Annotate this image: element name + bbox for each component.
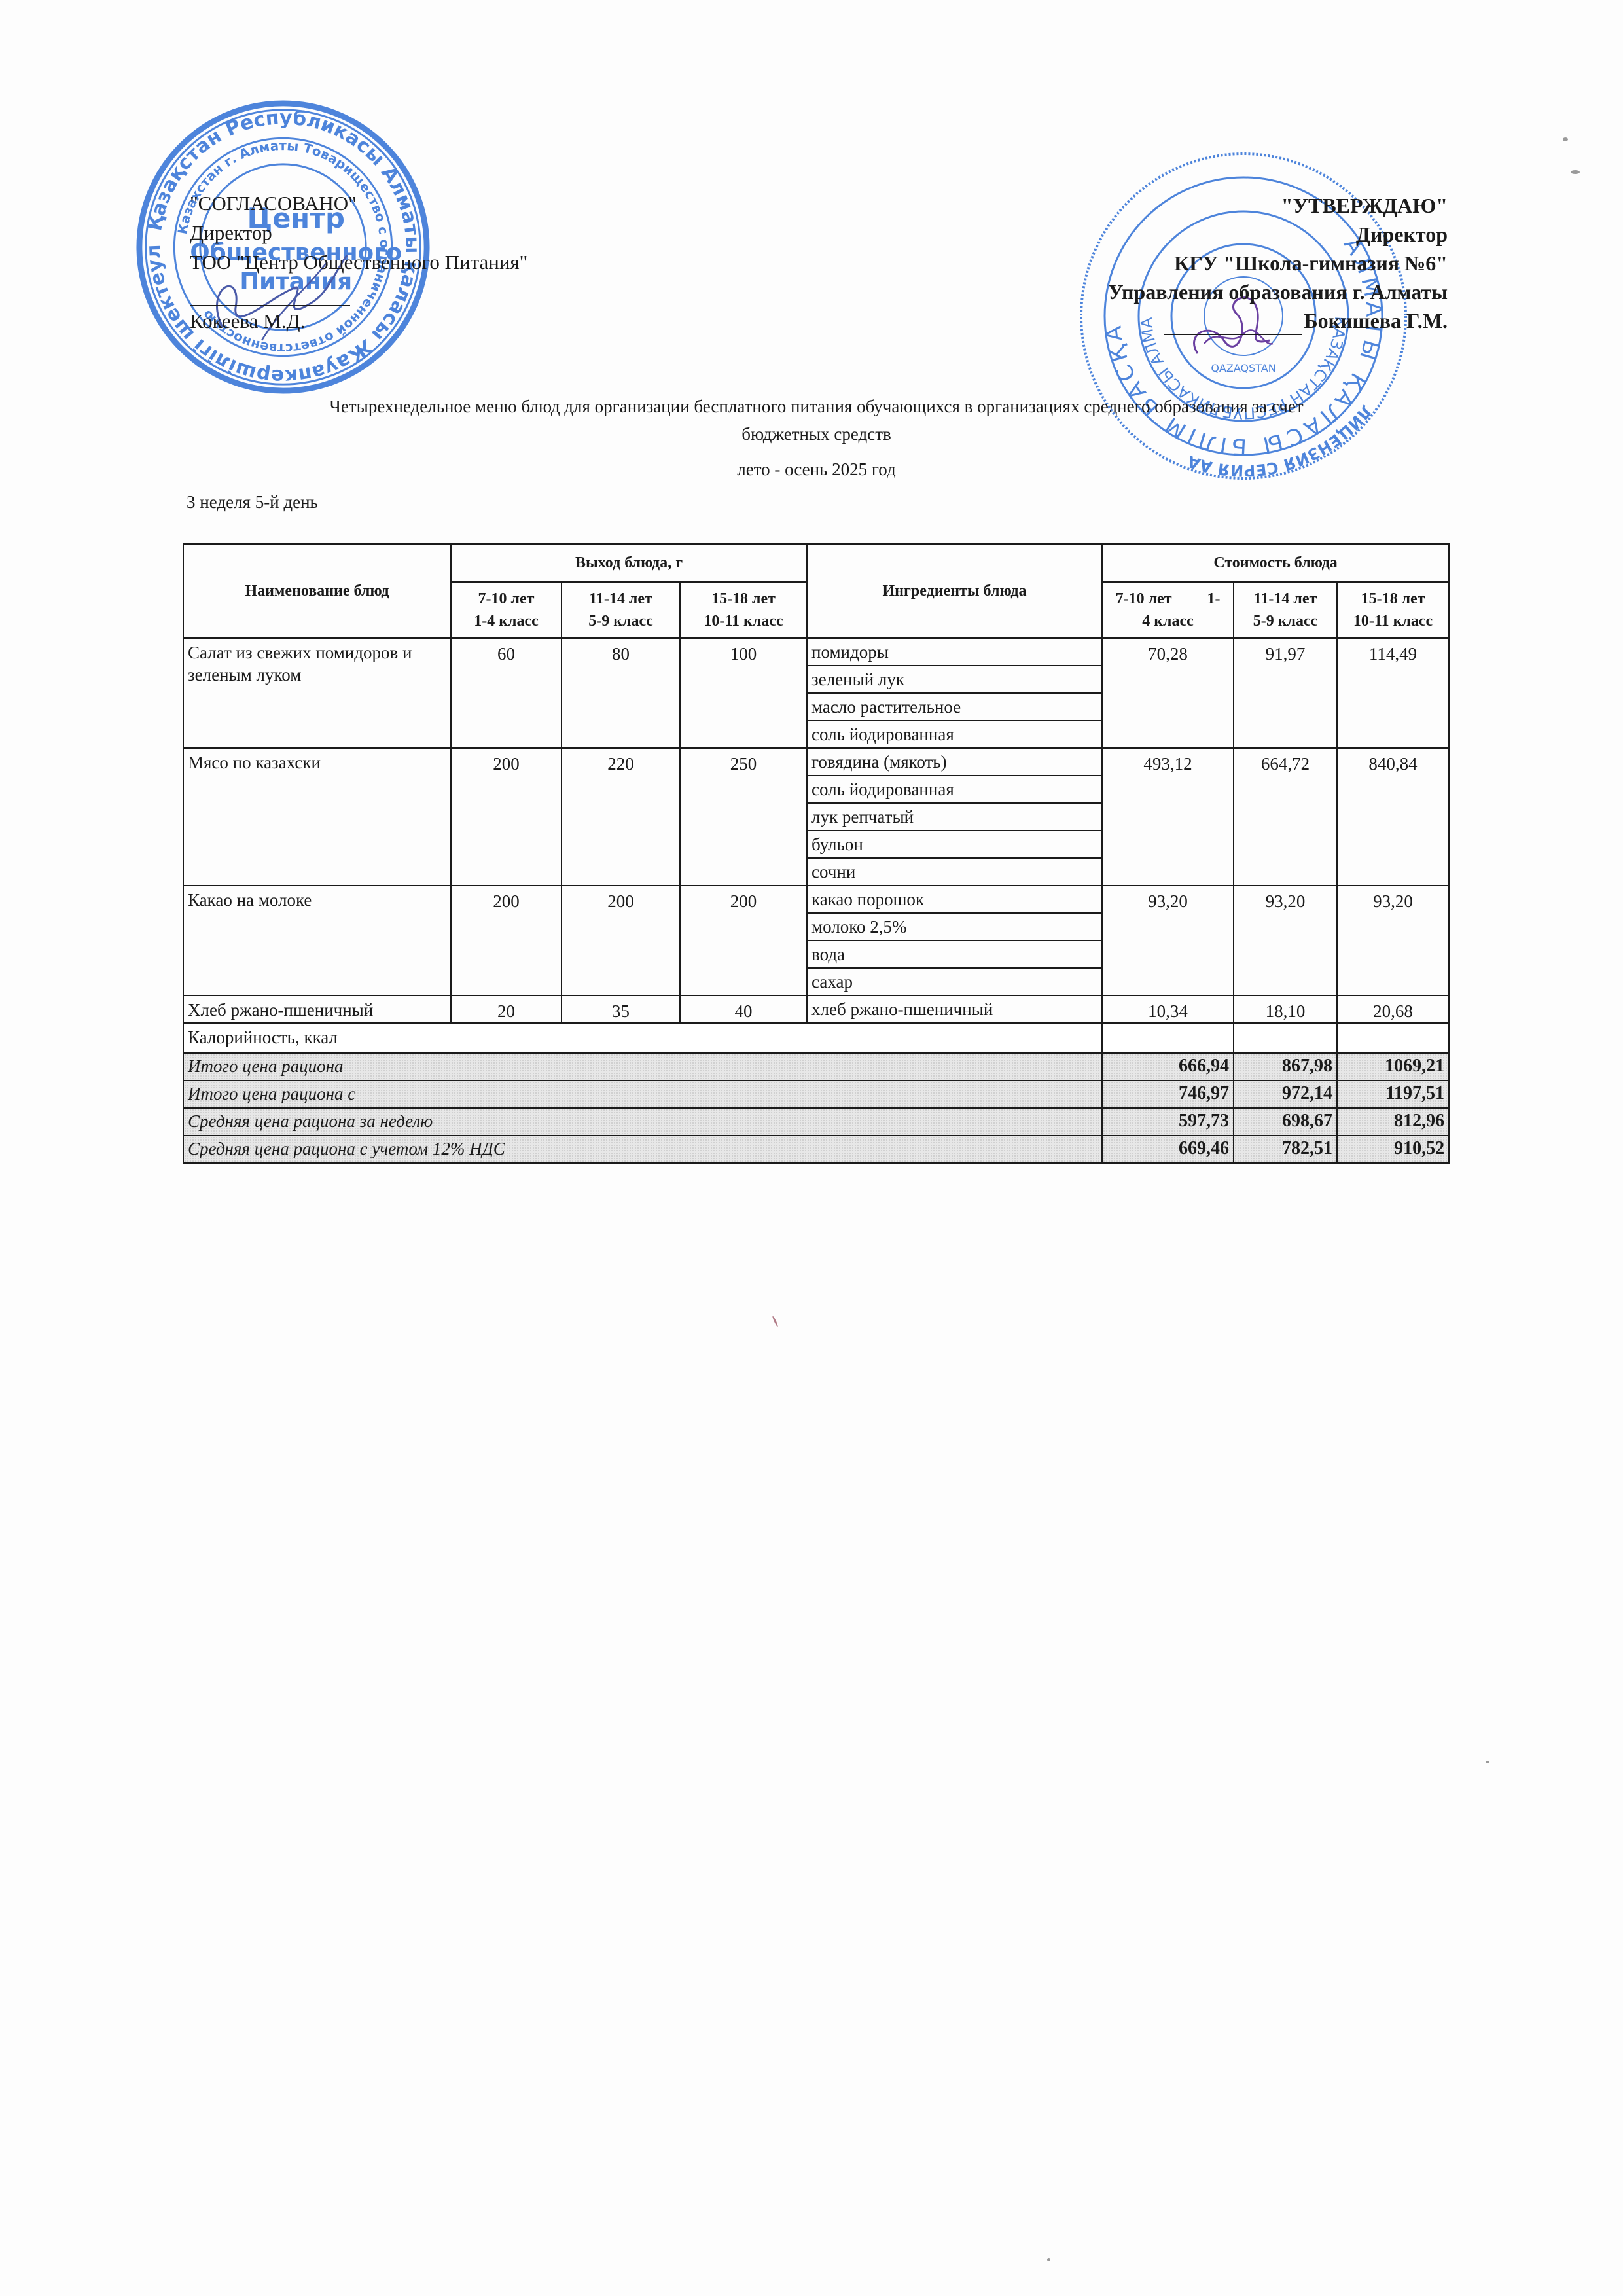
- ingredient-cell: молоко 2,5%: [807, 913, 1102, 941]
- calories-row: Калорийность, ккал: [183, 1023, 1449, 1053]
- header-cost-col: 15-18 лет 10-11 класс: [1337, 582, 1449, 638]
- cost-cell: 93,20: [1234, 886, 1337, 996]
- document-title: Четырехнедельное меню блюд для организац…: [183, 393, 1450, 483]
- cost-cell: 20,68: [1337, 996, 1449, 1023]
- summary-value: 1197,51: [1337, 1081, 1449, 1108]
- summary-label: Итого цена рациона: [183, 1053, 1102, 1081]
- summary-value: 782,51: [1234, 1136, 1337, 1163]
- ingredient-cell: соль йодированная: [807, 721, 1102, 748]
- approval-block-agreed: "СОГЛАСОВАНО" Директор ТОО "Центр Общест…: [190, 188, 527, 336]
- summary-label: Итого цена рациона с: [183, 1081, 1102, 1108]
- summary-value: 597,73: [1102, 1108, 1234, 1136]
- week-day-label: 3 неделя 5-й день: [187, 492, 318, 512]
- cost-cell: 91,97: [1234, 638, 1337, 748]
- scan-speck: [1571, 170, 1580, 174]
- dish-name-cell: Мясо по казахски: [183, 748, 451, 886]
- ingredient-cell: хлеб ржано-пшеничный: [807, 996, 1102, 1023]
- summary-value: 746,97: [1102, 1081, 1234, 1108]
- table-row: Какао на молоке200200200какао порошок93,…: [183, 886, 1449, 913]
- summary-value: 1069,21: [1337, 1053, 1449, 1081]
- cost-cell: 493,12: [1102, 748, 1234, 886]
- approved-department: Управления образования г. Алматы: [1108, 278, 1448, 306]
- dish-name-cell: Какао на молоке: [183, 886, 451, 996]
- yield-cell: 80: [562, 638, 680, 748]
- yield-cell: 200: [451, 886, 562, 996]
- header-yield-group: Выход блюда, г: [451, 544, 807, 582]
- header-cost-col: 11-14 лет 5-9 класс: [1234, 582, 1337, 638]
- header-cost-group: Стоимость блюда: [1102, 544, 1449, 582]
- scan-speck: [1047, 2258, 1050, 2261]
- cost-cell: 10,34: [1102, 996, 1234, 1023]
- ingredient-cell: говядина (мякоть): [807, 748, 1102, 776]
- yield-cell: 200: [562, 886, 680, 996]
- yield-cell: 100: [680, 638, 807, 748]
- cost-cell: 93,20: [1102, 886, 1234, 996]
- approved-position: Директор: [1108, 220, 1448, 249]
- table-row: Мясо по казахски200220250говядина (мякот…: [183, 748, 1449, 776]
- summary-value: 666,94: [1102, 1053, 1234, 1081]
- signature-line: [190, 285, 350, 306]
- header-dish-name: Наименование блюд: [183, 544, 451, 638]
- summary-value: 867,98: [1234, 1053, 1337, 1081]
- summary-label: Средняя цена рациона за неделю: [183, 1108, 1102, 1136]
- yield-cell: 200: [680, 886, 807, 996]
- agreed-organization: ТОО "Центр Общественного Питания": [190, 247, 527, 277]
- summary-value: 812,96: [1337, 1108, 1449, 1136]
- yield-cell: 250: [680, 748, 807, 886]
- cost-cell: 840,84: [1337, 748, 1449, 886]
- title-line-2: бюджетных средств: [183, 420, 1450, 448]
- header-cost-col: 7-10 лет 1- 4 класс: [1102, 582, 1234, 638]
- table-row: Хлеб ржано-пшеничный203540хлеб ржано-пше…: [183, 996, 1449, 1023]
- cost-cell: 93,20: [1337, 886, 1449, 996]
- ingredient-cell: какао порошок: [807, 886, 1102, 913]
- summary-row: Итого цена рациона666,94867,981069,21: [183, 1053, 1449, 1081]
- ingredient-cell: сочни: [807, 858, 1102, 886]
- cost-cell: 18,10: [1234, 996, 1337, 1023]
- agreed-heading: "СОГЛАСОВАНО": [190, 188, 527, 218]
- summary-row: Средняя цена рациона за неделю597,73698,…: [183, 1108, 1449, 1136]
- ingredient-cell: бульон: [807, 831, 1102, 858]
- approved-signer-name: Бокишева Г.М.: [1304, 309, 1448, 332]
- summary-label: Средняя цена рациона с учетом 12% НДС: [183, 1136, 1102, 1163]
- agreed-signer-name: Кокеева М.Д.: [190, 306, 527, 336]
- header-yield-col: 11-14 лет 5-9 класс: [562, 582, 680, 638]
- summary-value: 669,46: [1102, 1136, 1234, 1163]
- scan-speck: [1486, 1761, 1489, 1763]
- yield-cell: 40: [680, 996, 807, 1023]
- yield-cell: 60: [451, 638, 562, 748]
- ingredient-cell: соль йодированная: [807, 776, 1102, 803]
- ingredient-cell: масло растительное: [807, 693, 1102, 721]
- menu-table: Наименование блюд Выход блюда, г Ингреди…: [183, 543, 1450, 1164]
- calories-value: [1337, 1023, 1449, 1053]
- dish-name-cell: Салат из свежих помидоров и зеленым луко…: [183, 638, 451, 748]
- yield-cell: 35: [562, 996, 680, 1023]
- header-ingredients: Ингредиенты блюда: [807, 544, 1102, 638]
- scan-speck: [1563, 137, 1568, 141]
- ingredient-cell: лук репчатый: [807, 803, 1102, 831]
- header-yield-col: 7-10 лет 1-4 класс: [451, 582, 562, 638]
- yield-cell: 220: [562, 748, 680, 886]
- ingredient-cell: сахар: [807, 968, 1102, 996]
- summary-row: Средняя цена рациона с учетом 12% НДС669…: [183, 1136, 1449, 1163]
- ingredient-cell: помидоры: [807, 638, 1102, 666]
- approved-heading: "УТВЕРЖДАЮ": [1108, 191, 1448, 220]
- calories-value: [1102, 1023, 1234, 1053]
- dish-name-cell: Хлеб ржано-пшеничный: [183, 996, 451, 1023]
- calories-value: [1234, 1023, 1337, 1053]
- cost-cell: 114,49: [1337, 638, 1449, 748]
- ingredient-cell: вода: [807, 941, 1102, 968]
- table-row: Салат из свежих помидоров и зеленым луко…: [183, 638, 1449, 666]
- summary-row: Итого цена рациона с746,97972,141197,51: [183, 1081, 1449, 1108]
- scan-speck: [772, 1316, 778, 1327]
- yield-cell: 20: [451, 996, 562, 1023]
- cost-cell: 70,28: [1102, 638, 1234, 748]
- header-yield-col: 15-18 лет 10-11 класс: [680, 582, 807, 638]
- summary-value: 972,14: [1234, 1081, 1337, 1108]
- summary-value: 698,67: [1234, 1108, 1337, 1136]
- signature-line: [1164, 314, 1302, 335]
- calories-label: Калорийность, ккал: [183, 1023, 1102, 1053]
- cost-cell: 664,72: [1234, 748, 1337, 886]
- title-line-1: Четырехнедельное меню блюд для организац…: [183, 393, 1450, 420]
- title-period: лето - осень 2025 год: [183, 456, 1450, 483]
- agreed-position: Директор: [190, 218, 527, 247]
- approval-block-approved: "УТВЕРЖДАЮ" Директор КГУ "Школа-гимназия…: [1108, 191, 1448, 335]
- svg-text:QAZAQSTAN: QAZAQSTAN: [1211, 362, 1275, 374]
- approved-organization: КГУ "Школа-гимназия №6": [1108, 249, 1448, 278]
- summary-value: 910,52: [1337, 1136, 1449, 1163]
- ingredient-cell: зеленый лук: [807, 666, 1102, 693]
- yield-cell: 200: [451, 748, 562, 886]
